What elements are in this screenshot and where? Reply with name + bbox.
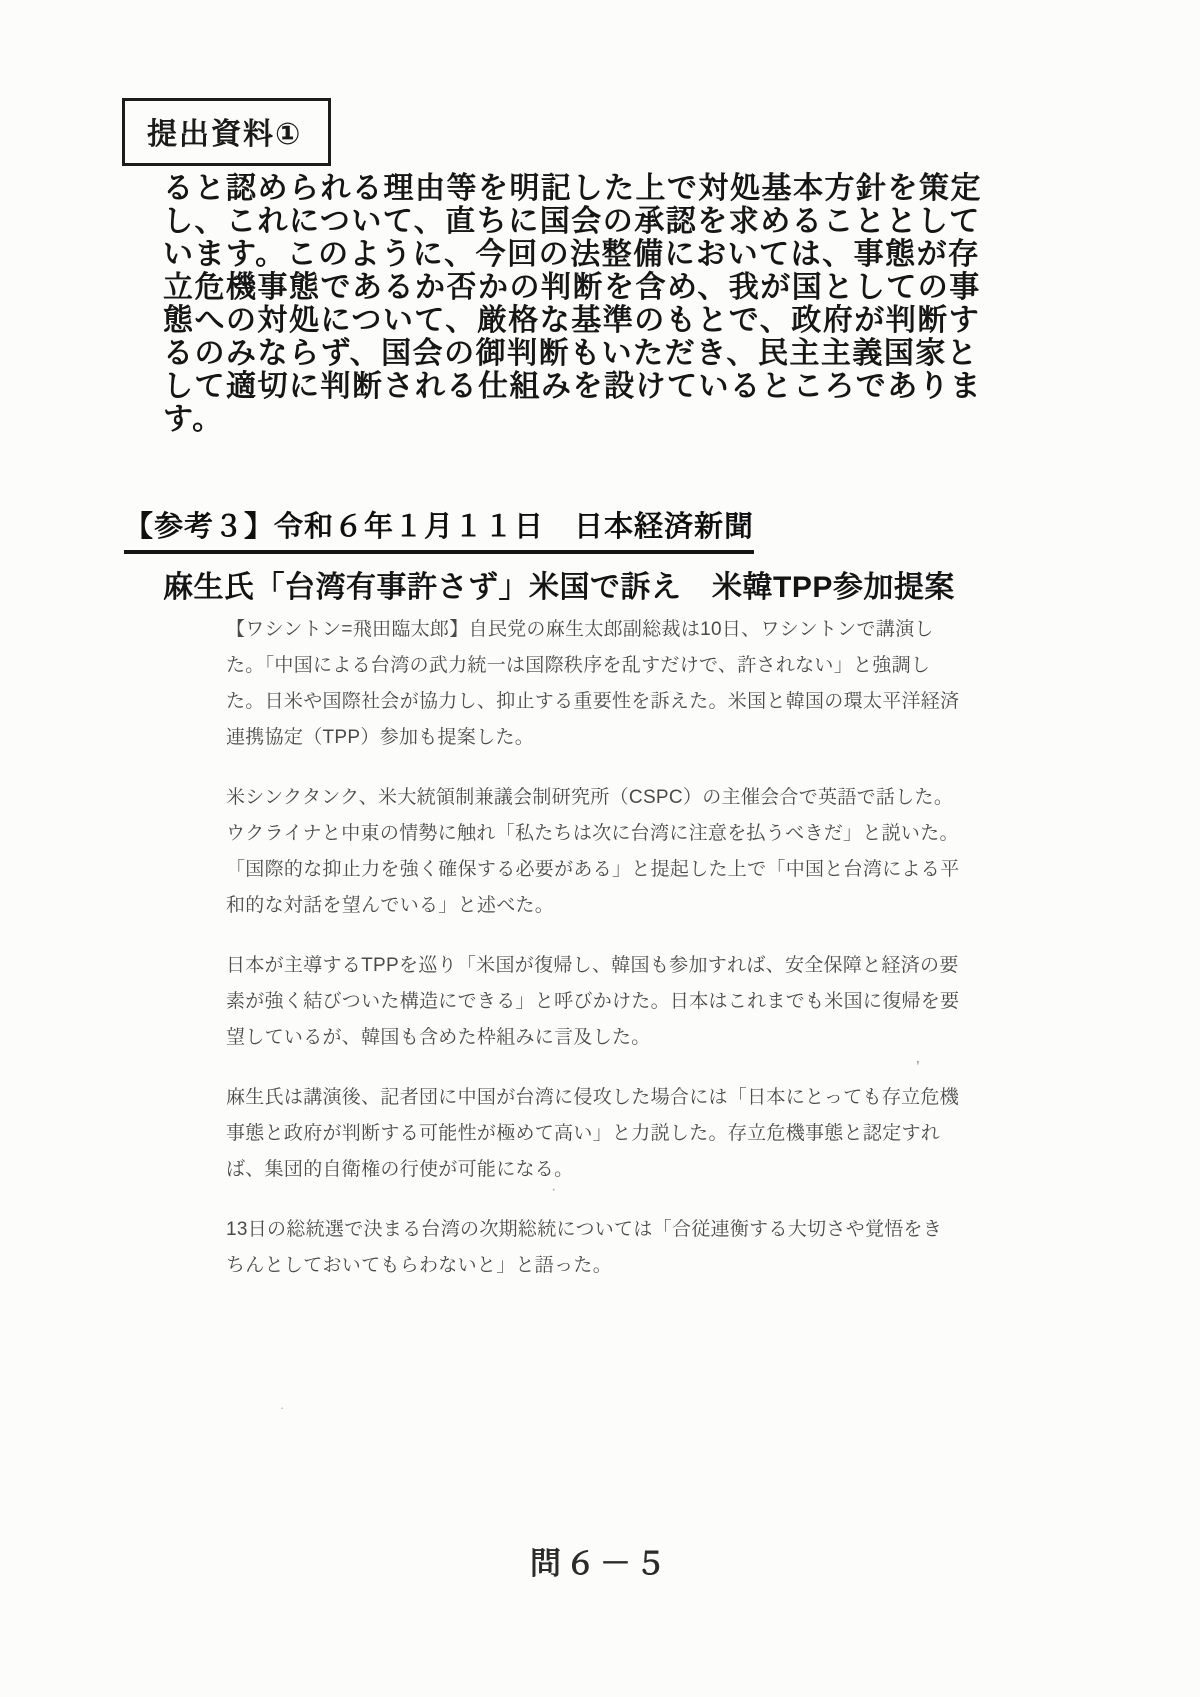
scan-artifact: · xyxy=(280,1400,284,1416)
scan-artifact: ’ xyxy=(916,1060,920,1076)
article-paragraph: 麻生氏は講演後、記者団に中国が台湾に侵攻した場合には「日本にとっても存立危機 事… xyxy=(226,1080,992,1188)
article-body: 【ワシントン=飛田臨太郎】自民党の麻生太郎副総裁は10日、ワシントンで講演し た… xyxy=(226,612,992,1308)
scan-artifact: · xyxy=(551,1182,556,1198)
article-paragraph: 米シンクタンク、米大統領制兼議会制研究所（CSPC）の主催会合で英語で話した。 … xyxy=(226,780,992,924)
article-headline: 麻生氏「台湾有事許さず」米国で訴え 米韓TPP参加提案 xyxy=(163,562,955,606)
page-number: 問６－５ xyxy=(0,1538,1200,1583)
statement-paragraph: ると認められる理由等を明記した上で対処基本方針を策定 し、これについて、直ちに国… xyxy=(163,172,999,436)
reference-heading: 【参考３】令和６年１月１１日 日本経済新聞 xyxy=(124,504,754,554)
document-label: 提出資料① xyxy=(147,118,302,151)
scanned-document-page: 提出資料① ると認められる理由等を明記した上で対処基本方針を策定 し、これについ… xyxy=(0,0,1200,1697)
document-label-box: 提出資料① xyxy=(122,98,331,166)
article-paragraph: 【ワシントン=飛田臨太郎】自民党の麻生太郎副総裁は10日、ワシントンで講演し た… xyxy=(226,612,992,756)
article-paragraph: 日本が主導するTPPを巡り「米国が復帰し、韓国も参加すれば、安全保障と経済の要 … xyxy=(226,948,992,1056)
article-paragraph: 13日の総統選で決まる台湾の次期総統については「合従連衡する大切さや覚悟をき ち… xyxy=(226,1212,992,1284)
